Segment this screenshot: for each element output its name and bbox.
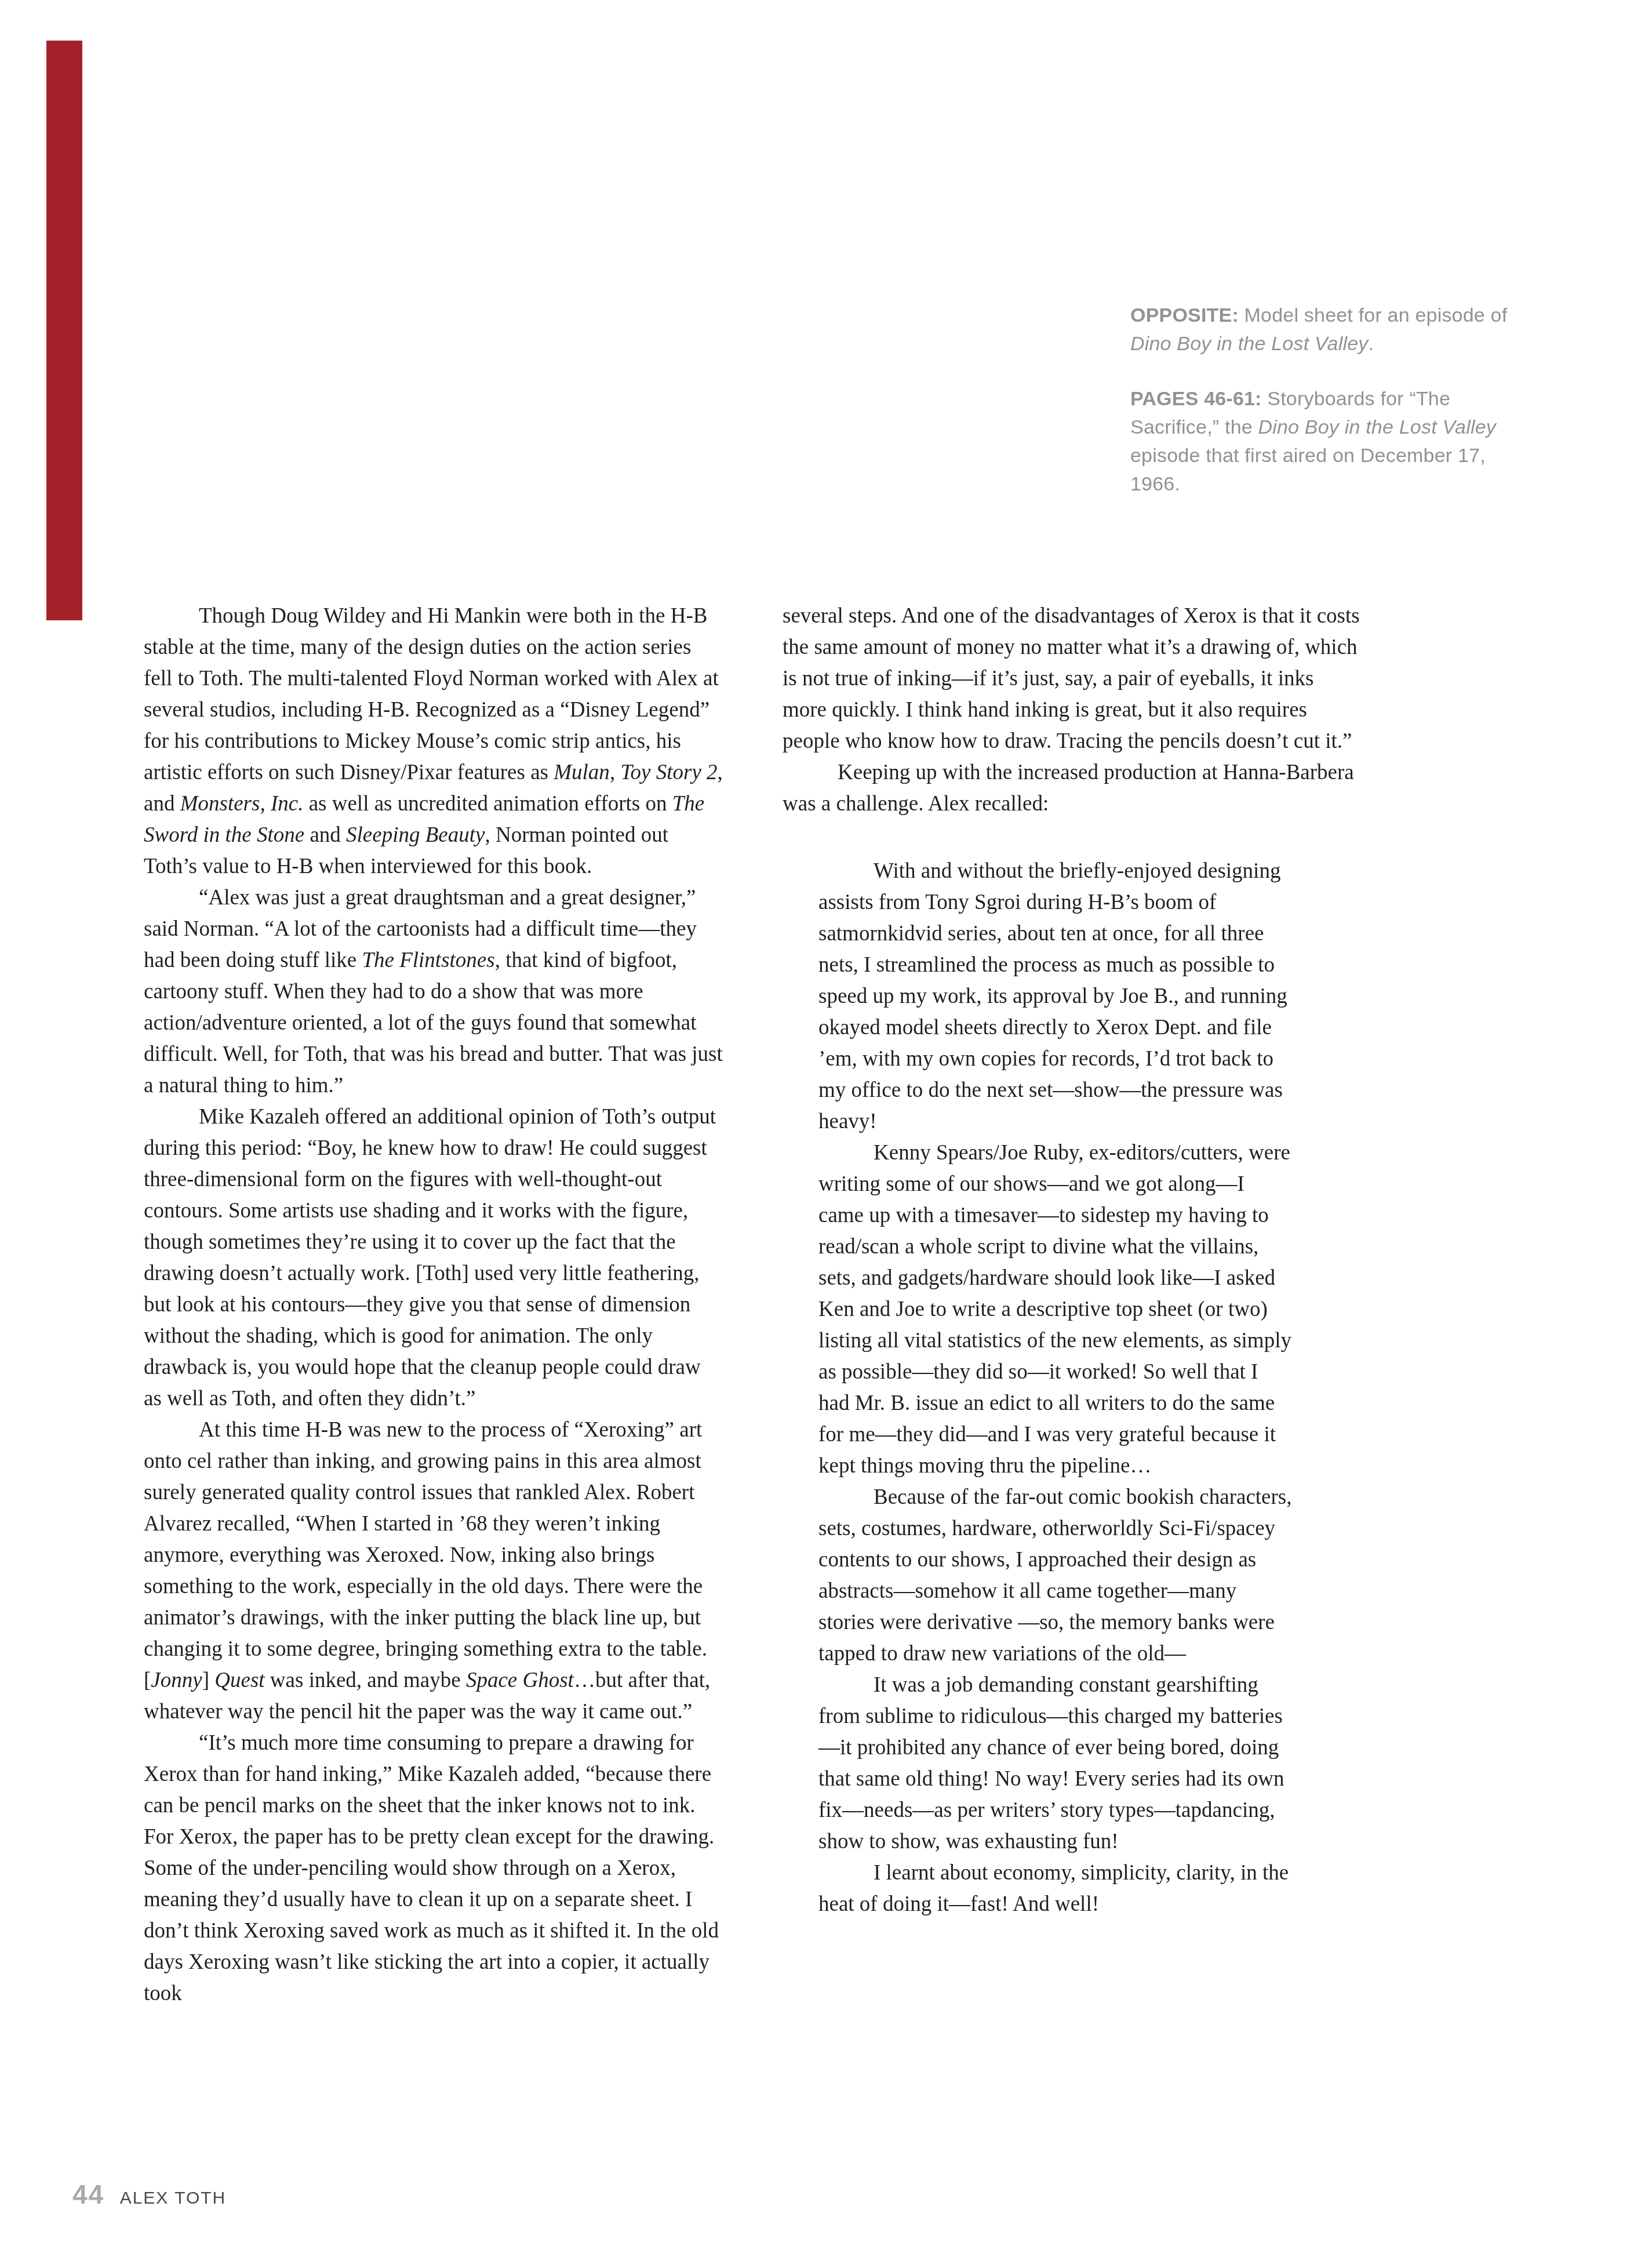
caption-block: PAGES 46-61: Storyboards for “The Sacrif… (1130, 385, 1536, 499)
text-run: . (1368, 333, 1374, 355)
text-run: ] (202, 1669, 215, 1692)
text-run: Mike Kazaleh offered an additional opini… (144, 1105, 716, 1411)
body-right-column: several steps. And one of the disadvanta… (783, 601, 1362, 1920)
body-left-column: Though Doug Wildey and Hi Mankin were bo… (144, 601, 723, 2009)
caption-block: OPPOSITE: Model sheet for an episode of … (1130, 301, 1536, 358)
block-quote-paragraph: Kenny Spears/Joe Ruby, ex-editors/cutter… (818, 1137, 1294, 1482)
body-paragraph: Keeping up with the increased production… (783, 757, 1362, 820)
block-quote-paragraph: I learnt about economy, simplicity, clar… (818, 1857, 1294, 1920)
body-paragraph: “Alex was just a great draughtsman and a… (144, 882, 723, 1102)
italic-title-text: Mulan (554, 761, 610, 784)
text-run: Though Doug Wildey and Hi Mankin were bo… (144, 604, 719, 784)
text-run: and (304, 823, 346, 847)
page-number: 44 (72, 2179, 104, 2209)
body-paragraph: Though Doug Wildey and Hi Mankin were bo… (144, 601, 723, 882)
block-quote-paragraph: Because of the far-out comic bookish cha… (818, 1482, 1294, 1670)
italic-title-text: Sleeping Beauty (346, 823, 485, 847)
red-accent-bar (46, 41, 82, 620)
text-run: episode that first aired on December 17,… (1130, 445, 1486, 495)
text-run: PAGES 46-61: (1130, 388, 1267, 410)
text-run: At this time H-B was new to the process … (144, 1418, 707, 1692)
body-paragraph: several steps. And one of the disadvanta… (783, 601, 1362, 757)
text-run: , (610, 761, 621, 784)
page: { "page": { "accent_red": "#a4232b", "ba… (0, 0, 1652, 2261)
italic-title-text: The Flintstones (362, 948, 494, 972)
body-paragraph: At this time H-B was new to the process … (144, 1415, 723, 1728)
italic-title-text: Dino Boy in the Lost Valley (1130, 333, 1368, 355)
book-title: ALEX TOTH (120, 2189, 227, 2208)
italic-title-text: Monsters, Inc. (180, 792, 304, 816)
italic-title-text: Toy Story 2 (620, 761, 717, 784)
page-footer: 44 ALEX TOTH (72, 2179, 226, 2210)
text-run: With and without the briefly-enjoyed des… (818, 859, 1287, 1133)
block-quote-paragraph: With and without the briefly-enjoyed des… (818, 856, 1294, 1137)
text-run: Because of the far-out comic bookish cha… (818, 1485, 1291, 1666)
block-quote-paragraph: It was a job demanding constant gearshif… (818, 1670, 1294, 1857)
text-run: OPPOSITE: (1130, 304, 1245, 326)
text-run: Keeping up with the increased production… (783, 761, 1354, 816)
text-run: It was a job demanding constant gearshif… (818, 1673, 1285, 1853)
text-run: as well as uncredited animation efforts … (303, 792, 672, 816)
text-run: Kenny Spears/Joe Ruby, ex-editors/cutter… (818, 1141, 1291, 1478)
italic-title-text: Quest (214, 1669, 264, 1692)
text-run: I learnt about economy, simplicity, clar… (818, 1861, 1289, 1916)
text-run: several steps. And one of the disadvanta… (783, 604, 1360, 753)
italic-title-text: Space Ghost (466, 1669, 574, 1692)
body-paragraph: Mike Kazaleh offered an additional opini… (144, 1102, 723, 1415)
text-run: Model sheet for an episode of (1245, 304, 1508, 326)
photo-caption: OPPOSITE: Model sheet for an episode of … (1130, 301, 1536, 525)
text-run: “It’s much more time consuming to prepar… (144, 1731, 719, 2005)
body-paragraph: “It’s much more time consuming to prepar… (144, 1728, 723, 2009)
italic-title-text: Jonny (151, 1669, 202, 1692)
text-run: was inked, and maybe (265, 1669, 466, 1692)
italic-title-text: Dino Boy in the Lost Valley (1258, 416, 1496, 438)
